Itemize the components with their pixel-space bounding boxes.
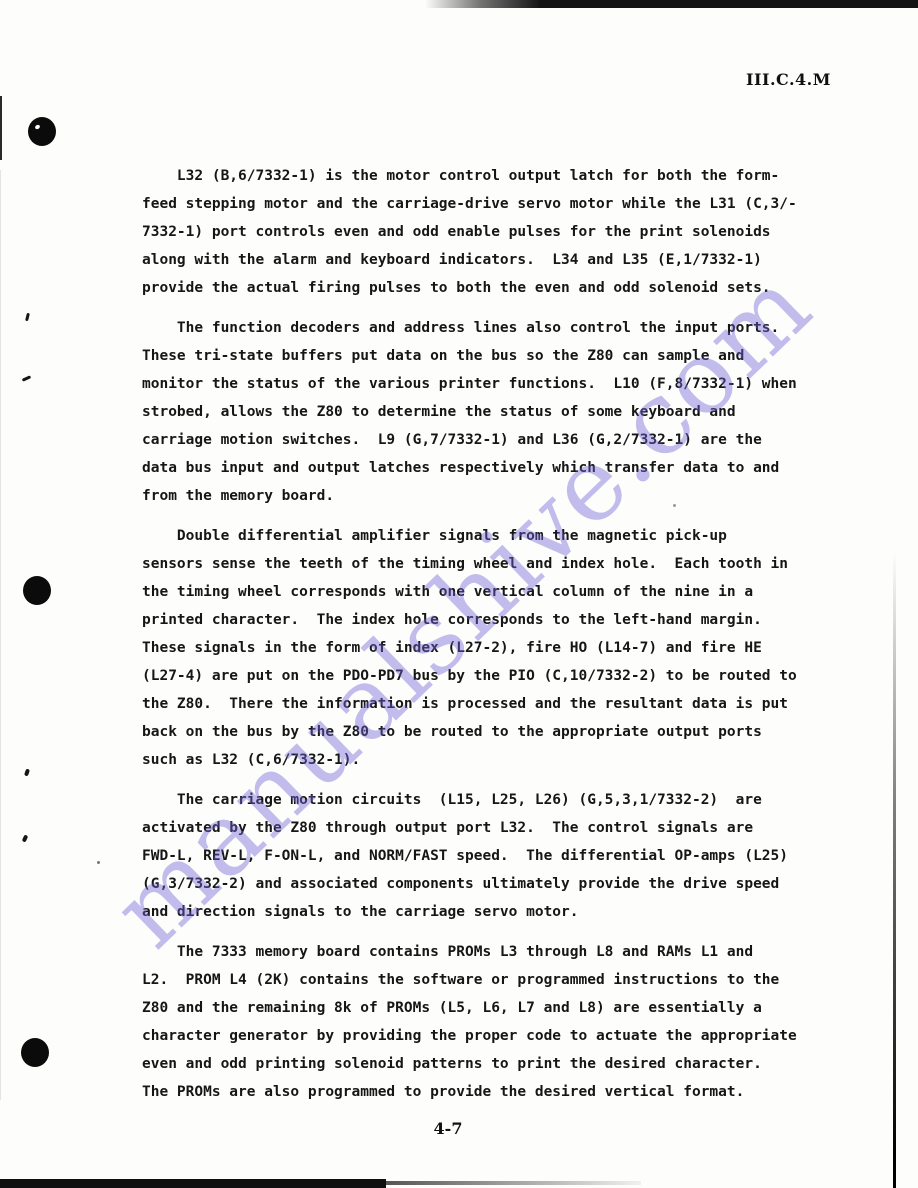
stray-mark (24, 769, 30, 777)
scanned-manual-page: III.C.4.M L32 (B,6/7332-1) is the motor … (0, 0, 918, 1188)
stray-mark (25, 313, 30, 321)
hole-punch-dot-top (28, 117, 56, 146)
paragraph-4: The carriage motion circuits (L15, L25, … (142, 786, 814, 926)
scan-edge-right-line (893, 552, 896, 1188)
hole-punch-highlight (34, 124, 40, 130)
section-label: III.C.4.M (746, 70, 831, 89)
paragraph-3: Double differential amplifier signals fr… (142, 522, 814, 774)
hole-punch-dot-bottom (21, 1038, 49, 1067)
scan-edge-top-bar (425, 0, 918, 8)
page-number: 4-7 (434, 1119, 463, 1138)
scan-edge-left-line-faint (0, 170, 1, 1100)
paragraph-1: L32 (B,6/7332-1) is the motor control ou… (142, 162, 814, 302)
body-text: L32 (B,6/7332-1) is the motor control ou… (142, 162, 814, 1118)
scan-edge-bottom-bar-faint (386, 1181, 641, 1185)
paragraph-5: The 7333 memory board contains PROMs L3 … (142, 938, 814, 1106)
scan-edge-bottom-bar (0, 1179, 386, 1188)
stray-speck (97, 861, 100, 864)
scan-edge-left-line (0, 96, 2, 160)
paragraph-2: The function decoders and address lines … (142, 314, 814, 510)
stray-mark (22, 375, 31, 381)
hole-punch-dot-middle (23, 576, 51, 605)
stray-mark (22, 834, 29, 842)
